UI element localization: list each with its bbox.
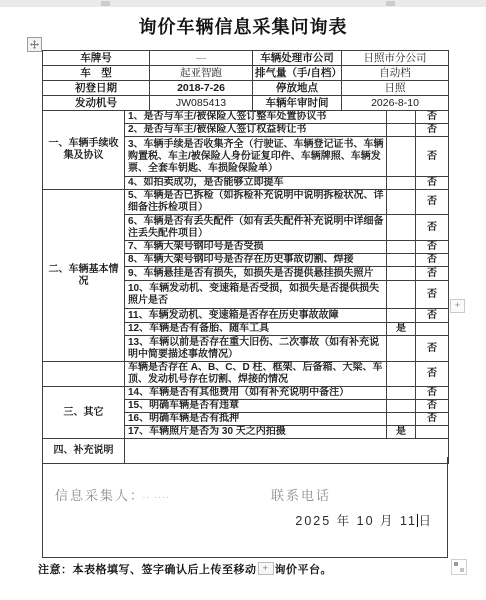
- phone-label: 联系电话: [271, 485, 331, 504]
- answer-no-cell: 否: [416, 413, 449, 426]
- answer-no-cell: 否: [416, 336, 449, 362]
- question-text: 13、车辆以前是否存在重大旧伤、二次事故（如有补充说明中简要描述事故情况）: [125, 336, 387, 362]
- question-text: 4、如拍卖成功，是否能够立即提车: [125, 177, 387, 190]
- answer-yes-cell: [387, 400, 416, 413]
- question-text: 17、车辆照片是否为 30 天之内拍摄: [125, 426, 387, 439]
- move-cross-icon: [30, 40, 39, 49]
- question-text: 16、明确车辆是否有抵押: [125, 413, 387, 426]
- model-label: 车 型: [43, 66, 150, 81]
- table-row: 车 型 起亚智跑 排气量（手/自档） 自动档: [43, 66, 449, 81]
- table-row: 一、车辆手续收集及协议 1、是否与车主/被保险人签订整车处置协议书 否: [43, 111, 449, 124]
- question-text: 3、车辆手续是否收集齐全（行驶证、车辆登记证书、车辆购置税、车主/被保险人身份证…: [125, 137, 387, 177]
- vehicle-info-table: 车牌号 — 车辆处理市公司 日照市分公司 车 型 起亚智跑 排气量（手/自档） …: [42, 50, 449, 111]
- displacement-label: 排气量（手/自档）: [253, 66, 342, 81]
- answer-no-cell: 否: [416, 309, 449, 323]
- date-text: 2025 年 10 月 11: [295, 514, 417, 528]
- note-suffix: 询价平台。: [275, 564, 333, 576]
- answer-yes-cell: [387, 267, 416, 281]
- ruler-strip: [0, 0, 486, 7]
- question-text: 15、明确车辆是否有违章: [125, 400, 387, 413]
- resize-square-icon: [454, 562, 458, 566]
- question-text: 9、车辆悬挂是否有损失，如损失是否提供悬挂损失照片: [125, 267, 387, 281]
- ruler-indent-marker[interactable]: [386, 1, 395, 6]
- questionnaire-table: 一、车辆手续收集及协议 1、是否与车主/被保险人签订整车处置协议书 否 2、是否…: [42, 110, 449, 464]
- answer-no-cell: 否: [416, 111, 449, 124]
- answer-yes-cell: [387, 413, 416, 426]
- section-1-label: 一、车辆手续收集及协议: [43, 111, 125, 190]
- table-row: 三、其它 14、车辆是否有其他费用（如有补充说明中备注） 否: [43, 387, 449, 400]
- note-prefix: 注意：本表格填写、签字确认后上传至移动: [38, 564, 257, 576]
- answer-no-cell: 否: [416, 190, 449, 215]
- table-row: 车辆是否存在 A、B、C、D 柱、框架、后备箱、大梁、车顶、发动机号存在切割、焊…: [43, 362, 449, 387]
- answer-no-cell: 否: [416, 281, 449, 309]
- answer-no-cell: 否: [416, 215, 449, 241]
- question-text: 1、是否与车主/被保险人签订整车处置协议书: [125, 111, 387, 124]
- first-registration-label: 初登日期: [43, 81, 150, 96]
- collector-line: 信息采集人：·· ····: [55, 485, 170, 504]
- plate-number-value: —: [150, 51, 253, 66]
- plus-icon: +: [455, 300, 460, 310]
- question-text: 8、车辆大架号钢印号是否存在历史事故切割、焊接: [125, 254, 387, 267]
- answer-no-cell: [416, 323, 449, 336]
- annual-inspection-value: 2026-8-10: [342, 96, 449, 111]
- collector-label: 信息采集人：: [55, 488, 139, 503]
- answer-yes-cell: [387, 137, 416, 177]
- question-text: 车辆是否存在 A、B、C、D 柱、框架、后备箱、大梁、车顶、发动机号存在切割、焊…: [125, 362, 387, 387]
- date-day-suffix: 日: [418, 514, 433, 528]
- model-value: 起亚智跑: [150, 66, 253, 81]
- section-3-label: 三、其它: [43, 387, 125, 439]
- answer-no-cell: 否: [416, 137, 449, 177]
- answer-yes-cell: [387, 241, 416, 254]
- collector-signature: ·· ····: [143, 492, 170, 502]
- insert-row-plus-icon[interactable]: +: [450, 299, 465, 313]
- table-row: 二、车辆基本情况 5、车辆是否已拆检（如拆检补充说明中说明拆检状况、详细备注拆检…: [43, 190, 449, 215]
- section-2-label: 二、车辆基本情况: [43, 190, 125, 362]
- answer-yes-cell: [387, 190, 416, 215]
- insert-marker-icon[interactable]: +: [258, 562, 274, 575]
- answer-yes-cell: 是: [387, 426, 416, 439]
- table-resize-handle-icon[interactable]: [451, 559, 467, 575]
- answer-no-cell: 否: [416, 124, 449, 137]
- question-text: 7、车辆大架号钢印号是否受损: [125, 241, 387, 254]
- answer-yes-cell: [387, 124, 416, 137]
- question-text: 10、车辆发动机、变速箱是否受损，如损失是否提供损失照片是否: [125, 281, 387, 309]
- answer-yes-cell: [387, 254, 416, 267]
- table-row: 初登日期 2018-7-26 停放地点 日照: [43, 81, 449, 96]
- date-line: 2025 年 10 月 11日: [295, 511, 433, 529]
- answer-no-cell: 否: [416, 387, 449, 400]
- resize-square-icon: [460, 568, 464, 572]
- answer-yes-cell: [387, 309, 416, 323]
- question-text: 14、车辆是否有其他费用（如有补充说明中备注）: [125, 387, 387, 400]
- annual-inspection-label: 车辆年审时间: [253, 96, 342, 111]
- handling-company-label: 车辆处理市公司: [253, 51, 342, 66]
- answer-yes-cell: [387, 387, 416, 400]
- handling-company-value: 日照市分公司: [342, 51, 449, 66]
- answer-no-cell: 否: [416, 177, 449, 190]
- answer-yes-cell: [387, 177, 416, 190]
- answer-yes-cell: [387, 362, 416, 387]
- answer-no-cell: 否: [416, 362, 449, 387]
- answer-no-cell: [416, 426, 449, 439]
- plus-icon: +: [263, 563, 269, 573]
- ruler-indent-marker[interactable]: [101, 1, 110, 6]
- parking-place-label: 停放地点: [253, 81, 342, 96]
- table-row: 车牌号 — 车辆处理市公司 日照市分公司: [43, 51, 449, 66]
- table-move-handle-icon[interactable]: [27, 37, 42, 52]
- answer-yes-cell: [387, 111, 416, 124]
- answer-yes-cell: [387, 281, 416, 309]
- table-row: 发动机号 JW085413 车辆年审时间 2026-8-10: [43, 96, 449, 111]
- answer-yes-cell: [387, 215, 416, 241]
- signature-box: 信息采集人：·· ···· 联系电话 2025 年 10 月 11日: [42, 457, 448, 558]
- answer-yes-cell: [387, 336, 416, 362]
- engine-number-label: 发动机号: [43, 96, 150, 111]
- answer-no-cell: 否: [416, 267, 449, 281]
- answer-no-cell: 否: [416, 254, 449, 267]
- engine-number-value: JW085413: [150, 96, 253, 111]
- answer-yes-cell: 是: [387, 323, 416, 336]
- answer-no-cell: 否: [416, 241, 449, 254]
- question-text: 11、车辆发动机、变速箱是否存在历史事故故障: [125, 309, 387, 323]
- question-text: 6、车辆是否有丢失配件（如有丢失配件补充说明中详细备注丢失配件项目）: [125, 215, 387, 241]
- footer-note: 注意：本表格填写、签字确认后上传至移动+询价平台。: [38, 561, 332, 577]
- displacement-value: 自动档: [342, 66, 449, 81]
- question-text: 12、车辆是否有备胎、随车工具: [125, 323, 387, 336]
- first-registration-value: 2018-7-26: [150, 81, 253, 96]
- section-blank-cell: [43, 362, 125, 387]
- plate-number-label: 车牌号: [43, 51, 150, 66]
- page-title: 询价车辆信息采集问询表: [0, 13, 486, 39]
- answer-no-cell: 否: [416, 400, 449, 413]
- question-text: 2、是否与车主/被保险人签订权益转让书: [125, 124, 387, 137]
- parking-place-value: 日照: [342, 81, 449, 96]
- question-text: 5、车辆是否已拆检（如拆检补充说明中说明拆检状况、详细备注拆检项目）: [125, 190, 387, 215]
